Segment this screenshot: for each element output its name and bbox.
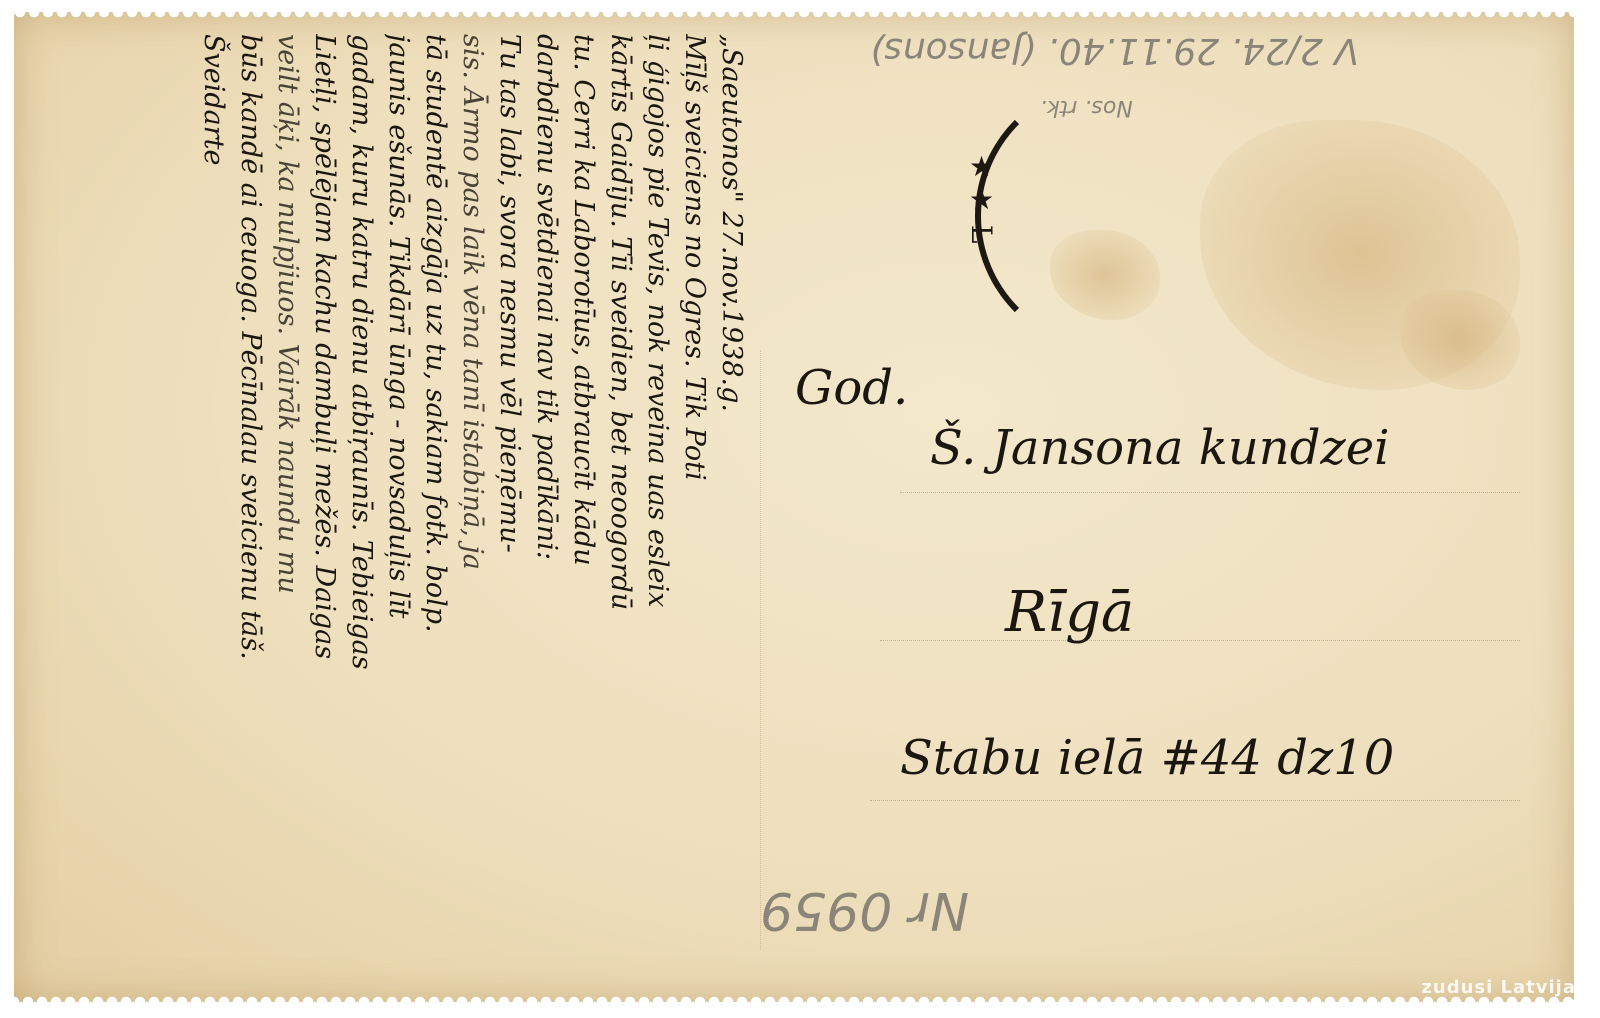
message-line: gadam, kuru katru dienu atbiŗaunīs. Tebi…	[343, 34, 380, 966]
message-line: Mīļš sveiciens no Ogres. Tik Poti	[676, 34, 713, 966]
message-line: Lietļi, spēlējam kachu dambuļi mežēs. Da…	[306, 34, 343, 966]
message-line: kārtīs Gaidīju. Tīi sveidien, bet neoogo…	[602, 34, 639, 966]
address-recipient: Š. Jansona kundzei	[930, 420, 1389, 476]
scalloped-edge-top	[14, 12, 1574, 20]
message-line: būs kandē ai ceuoga. Pēcīnalau sveicienu…	[232, 34, 269, 966]
address-street: Stabu ielā #44 dz10	[900, 730, 1394, 786]
message-line: tu. Cerri ka Laborotīus, atbraucīt kādu	[565, 34, 602, 966]
pencil-inventory-number: Nr 0959	[760, 880, 969, 940]
message-signature: Šveidarte	[195, 34, 232, 966]
message-line: veilt āķi, ka nulpjiuos. Vairāk naundu m…	[269, 34, 306, 966]
postmark-text: ★★ L	[965, 150, 998, 244]
message-line: Tu tas labi, svora nesmu vēl pieņēmu-	[491, 34, 528, 966]
address-salutation: God.	[795, 360, 908, 416]
address-line	[870, 800, 1520, 801]
address-line	[900, 492, 1520, 493]
pencil-small-note: Nos. rtk.	[1040, 95, 1133, 120]
message-line: darbdienu svētdienai nav tik padīkāni:	[528, 34, 565, 966]
message-line: sis. Ārmo pas laik vēna tanī istabiņā, j…	[454, 34, 491, 966]
scalloped-edge-bottom	[14, 994, 1574, 1002]
watermark: zudusi Latvija	[1421, 977, 1576, 998]
handwritten-message: „Saeutonos" 27.nov.1938.g. Mīļš sveicien…	[40, 20, 760, 980]
address-city: Rīgā	[1005, 580, 1134, 645]
message-line: tā studentē aizgāja uz tu, sakiam fotk. …	[417, 34, 454, 966]
message-line: „Saeutonos" 27.nov.1938.g.	[713, 34, 750, 966]
address-line	[880, 640, 1520, 641]
pencil-archive-note: V 2/24. 29.11.40. (Jansons)	[870, 30, 1359, 71]
message-line: ļi ģigojos pie Tevis, nok reveina uas es…	[639, 34, 676, 966]
message-line: jaunis ešunās. Tikdārī ūnga - novsaduļis…	[380, 34, 417, 966]
postmark-arc	[975, 80, 1247, 352]
divider-line	[760, 350, 761, 950]
